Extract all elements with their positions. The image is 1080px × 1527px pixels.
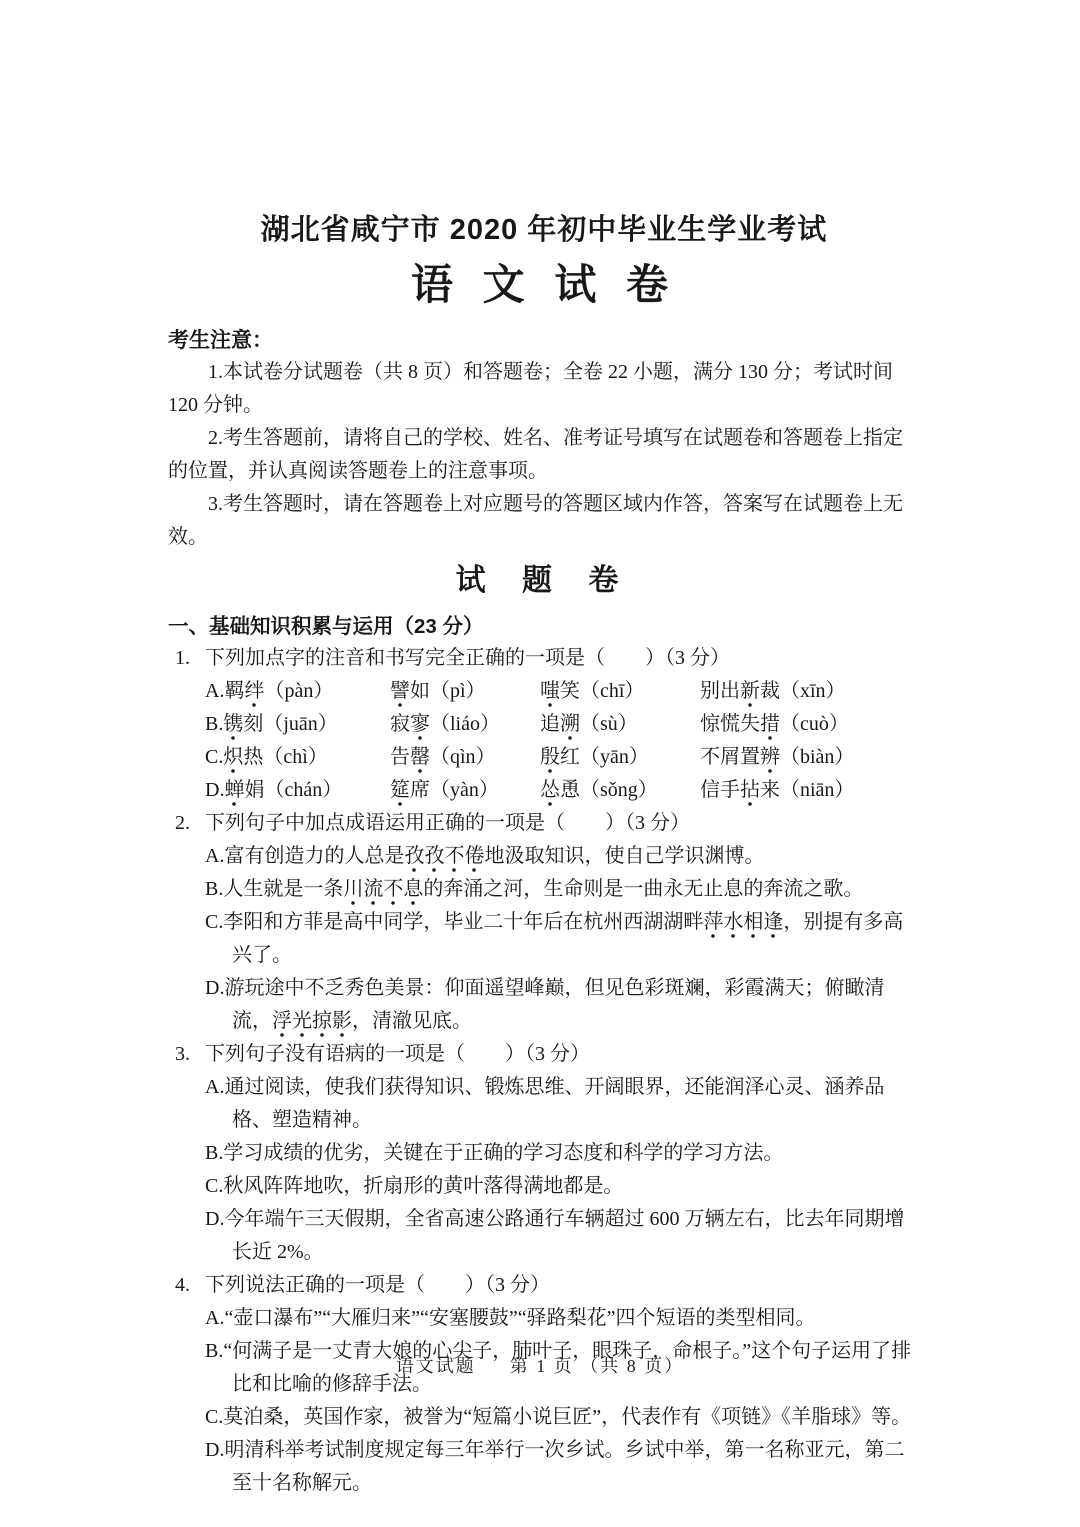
stem-text: 下列句子中加点成语运用正确的一项是（ ）（3 分） <box>205 807 690 840</box>
option-label: C. <box>205 1406 223 1428</box>
option-cell: C.炽热（chì） <box>205 741 390 774</box>
question-4: 4. 下列说法正确的一项是（ ）（3 分） A.“壶口瀑布”“大雁归来”“安塞腰… <box>168 1269 920 1500</box>
question-3-option-a: A.通过阅读，使我们获得知识、锻炼思维、开阔眼界，还能润泽心灵、涵养品格、塑造精… <box>232 1071 920 1137</box>
option-cell: B.镌刻（juān） <box>205 708 390 741</box>
option-label: B. <box>205 713 223 735</box>
question-4-option-a: A.“壶口瀑布”“大雁归来”“安塞腰鼓”“驿路梨花”四个短语的类型相同。 <box>232 1302 920 1335</box>
option-cell: D.蝉娟（chán） <box>205 774 390 807</box>
question-3-option-c: C.秋风阵阵地吹，折扇形的黄叶落得满地都是。 <box>232 1170 920 1203</box>
dotted-char: 寥 <box>410 713 430 741</box>
dotted-char: 辨 <box>760 746 780 774</box>
option-label: C. <box>205 1175 223 1197</box>
option-cell: 别出新裁（xīn） <box>700 675 920 708</box>
question-1: 1. 下列加点字的注音和书写完全正确的一项是（ ）（3 分） A.羁绊（pàn）… <box>168 642 920 807</box>
question-4-stem: 4. 下列说法正确的一项是（ ）（3 分） <box>175 1269 920 1302</box>
dotted-char: 措 <box>760 713 780 741</box>
option-cell: 信手拈来（niān） <box>700 774 920 807</box>
question-1-stem: 1. 下列加点字的注音和书写完全正确的一项是（ ）（3 分） <box>175 642 920 675</box>
dotted-char: 溯 <box>560 713 580 741</box>
dotted-idiom: 川流不息 <box>343 878 423 906</box>
dotted-char: 镌 <box>223 713 243 741</box>
question-2-stem: 2. 下列句子中加点成语运用正确的一项是（ ）（3 分） <box>175 807 920 840</box>
dotted-idiom: 孜孜不倦 <box>404 845 484 873</box>
dotted-idiom: 浮光掠影 <box>272 1010 352 1038</box>
question-2-option-d: D.游玩途中不乏秀色美景：仰面遥望峰巅，但见色彩斑斓，彩霞满天；俯瞰清流，浮光掠… <box>232 972 920 1038</box>
paper-title: 湖北省咸宁市 2020 年初中毕业生学业考试 <box>168 212 920 248</box>
option-label: A. <box>205 1076 224 1098</box>
page-footer: 语文试题第 1 页 （共 8 页） <box>0 1352 1080 1378</box>
option-row-a: A.羁绊（pàn） 譬如（pì） 嗤笑（chī） 别出新裁（xīn） <box>205 675 920 708</box>
dotted-char: 炽 <box>223 746 243 774</box>
question-2-option-a: A.富有创造力的人总是孜孜不倦地汲取知识，使自己学识渊博。 <box>232 840 920 873</box>
option-label: C. <box>205 746 223 768</box>
question-3-option-b: B.学习成绩的优劣，关键在于正确的学习态度和科学的学习方法。 <box>232 1137 920 1170</box>
option-cell: A.羁绊（pàn） <box>205 675 390 708</box>
option-cell: 不屑置辨（biàn） <box>700 741 920 774</box>
question-2-option-b: B.人生就是一条川流不息的奔涌之河，生命则是一曲永无止息的奔流之歌。 <box>232 873 920 906</box>
option-label: C. <box>205 911 223 933</box>
dotted-char: 怂 <box>540 779 560 807</box>
question-3-option-d: D.今年端午三天假期，全省高速公路通行车辆超过 600 万辆左右，比去年同期增长… <box>232 1203 920 1269</box>
candidate-notice: 考生注意： 1.本试卷分试题卷（共 8 页）和答题卷；全卷 22 小题，满分 1… <box>168 326 920 554</box>
stem-text: 下列说法正确的一项是（ ）（3 分） <box>205 1269 550 1302</box>
footer-doc-label: 语文试题 <box>396 1356 476 1376</box>
question-3-stem: 3. 下列句子没有语病的一项是（ ）（3 分） <box>175 1038 920 1071</box>
option-cell: 告罄（qìn） <box>390 741 540 774</box>
dotted-char: 筵 <box>390 779 410 807</box>
stem-text: 下列加点字的注音和书写完全正确的一项是（ ）（3 分） <box>205 642 730 675</box>
question-3: 3. 下列句子没有语病的一项是（ ）（3 分） A.通过阅读，使我们获得知识、锻… <box>168 1038 920 1269</box>
paper-subtitle: 语 文 试 卷 <box>168 260 920 310</box>
option-label: B. <box>205 878 223 900</box>
dotted-char: 绊 <box>244 680 264 708</box>
question-2-option-c: C.李阳和方菲是高中同学，毕业二十年后在杭州西湖湖畔萍水相逢，别提有多高兴了。 <box>232 906 920 972</box>
option-cell: 嗤笑（chī） <box>540 675 700 708</box>
notice-item-3: 3.考生答题时，请在答题卷上对应题号的答题区域内作答，答案写在试题卷上无效。 <box>168 488 920 554</box>
question-number: 4. <box>175 1269 205 1302</box>
option-cell: 怂恿（sǒng） <box>540 774 700 807</box>
question-4-option-d: D.明清科举考试制度规定每三年举行一次乡试。乡试中举，第一名称亚元，第二至十名称… <box>232 1434 920 1500</box>
dotted-char: 殷 <box>540 746 560 774</box>
notice-item-1: 1.本试卷分试题卷（共 8 页）和答题卷；全卷 22 小题，满分 130 分；考… <box>168 356 920 422</box>
test-paper-heading: 试 题 卷 <box>168 562 920 600</box>
dotted-char: 拈 <box>740 779 760 807</box>
question-1-options-table: A.羁绊（pàn） 譬如（pì） 嗤笑（chī） 别出新裁（xīn） B.镌刻（… <box>205 675 920 807</box>
option-row-c: C.炽热（chì） 告罄（qìn） 殷红（yān） 不屑置辨（biàn） <box>205 741 920 774</box>
option-label: B. <box>205 1142 223 1164</box>
dotted-char: 蝉 <box>224 779 244 807</box>
question-number: 3. <box>175 1038 205 1071</box>
dotted-char: 新 <box>740 680 760 708</box>
exam-paper-page: 湖北省咸宁市 2020 年初中毕业生学业考试 语 文 试 卷 考生注意： 1.本… <box>168 212 920 1500</box>
option-label: A. <box>205 680 224 702</box>
option-cell: 筵席（yàn） <box>390 774 540 807</box>
option-cell: 惊慌失措（cuò） <box>700 708 920 741</box>
dotted-char: 嗤 <box>540 680 560 708</box>
option-label: D. <box>205 1439 224 1461</box>
option-cell: 寂寥（liáo） <box>390 708 540 741</box>
question-number: 2. <box>175 807 205 840</box>
notice-heading: 考生注意： <box>168 326 920 356</box>
option-cell: 追溯（sù） <box>540 708 700 741</box>
option-label: D. <box>205 1208 224 1230</box>
question-number: 1. <box>175 642 205 675</box>
question-4-option-c: C.莫泊桑，英国作家，被誉为“短篇小说巨匠”，代表作有《项链》《羊脂球》等。 <box>232 1401 920 1434</box>
dotted-char: 譬 <box>390 680 410 708</box>
stem-text: 下列句子没有语病的一项是（ ）（3 分） <box>205 1038 590 1071</box>
option-label: D. <box>205 977 224 999</box>
option-cell: 殷红（yān） <box>540 741 700 774</box>
dotted-idiom: 萍水相逢 <box>703 911 783 939</box>
notice-item-2: 2.考生答题前，请将自己的学校、姓名、准考证号填写在试题卷和答题卷上指定的位置，… <box>168 422 920 488</box>
footer-page-number: 第 1 页 （共 8 页） <box>510 1356 685 1376</box>
part1-heading: 一、基础知识积累与运用（23 分） <box>168 612 920 642</box>
option-row-b: B.镌刻（juān） 寂寥（liáo） 追溯（sù） 惊慌失措（cuò） <box>205 708 920 741</box>
option-label: A. <box>205 1307 224 1329</box>
question-2: 2. 下列句子中加点成语运用正确的一项是（ ）（3 分） A.富有创造力的人总是… <box>168 807 920 1038</box>
option-cell: 譬如（pì） <box>390 675 540 708</box>
option-row-d: D.蝉娟（chán） 筵席（yàn） 怂恿（sǒng） 信手拈来（niān） <box>205 774 920 807</box>
dotted-char: 罄 <box>410 746 430 774</box>
option-label: A. <box>205 845 224 867</box>
option-label: D. <box>205 779 224 801</box>
